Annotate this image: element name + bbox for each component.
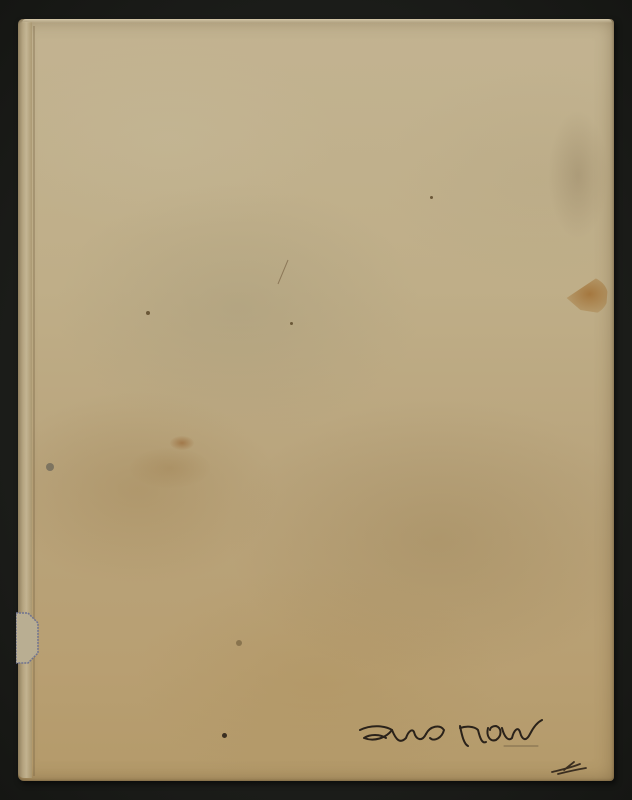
faint-stain-right-edge [548, 110, 608, 240]
foxing-spot [430, 196, 433, 199]
cover-top-edge [22, 19, 612, 23]
foxing-spot [46, 463, 54, 471]
scratch-mark [272, 258, 292, 288]
handwritten-inscription [352, 716, 548, 760]
ink-mark-corner [550, 760, 590, 776]
book-cover [18, 19, 614, 781]
stain-left-lower [130, 448, 210, 488]
book-spine-edge [18, 22, 32, 778]
foxing-spot [146, 311, 150, 315]
foxing-spot [290, 322, 293, 325]
foxing-spot [222, 733, 227, 738]
foxing-spot [236, 640, 242, 646]
spine-library-label [16, 612, 40, 664]
